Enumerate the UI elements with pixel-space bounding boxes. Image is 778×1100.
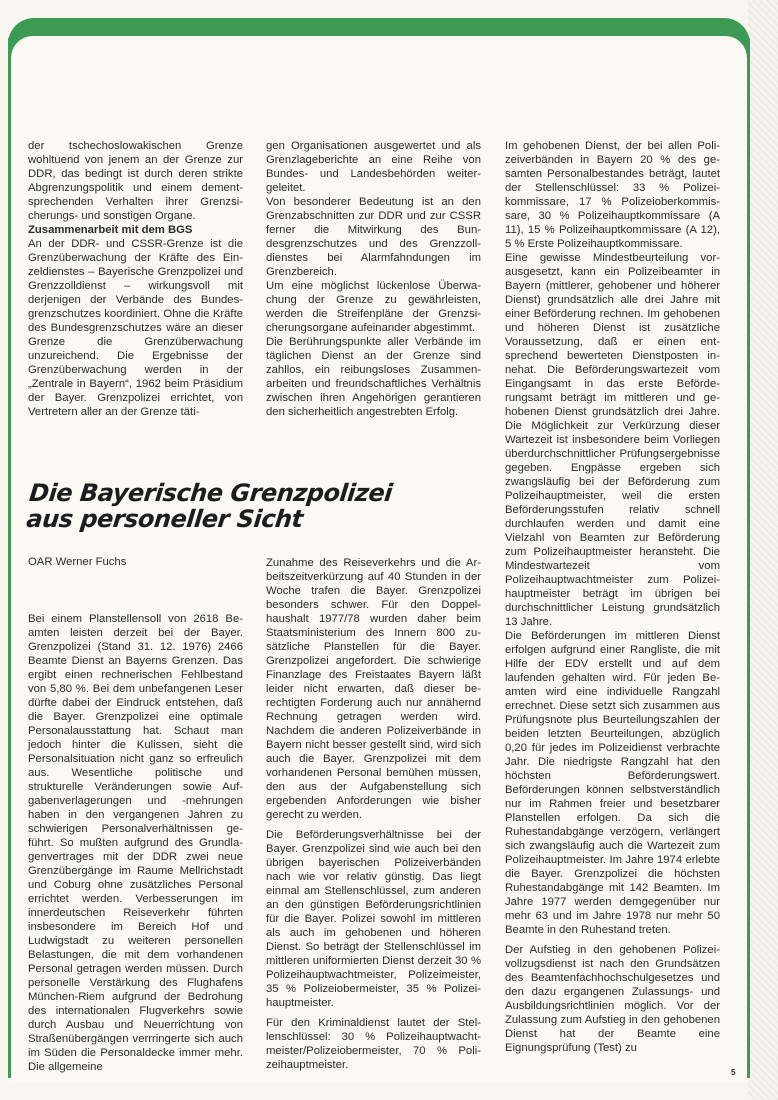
page-edge-texture xyxy=(748,0,778,1100)
article-column-1: Bei einem Planstellensoll von 2618 Be­am… xyxy=(28,612,243,1074)
paragraph: An der DDR- und CSSR-Grenze ist die Gren… xyxy=(28,237,243,419)
paragraph: Bei einem Planstellensoll von 2618 Be­am… xyxy=(28,612,243,1074)
paragraph: Im gehobenen Dienst, der bei allen Poli­… xyxy=(505,139,720,251)
top-column-1: der tschechoslowakischen Grenze wohltuen… xyxy=(28,139,243,419)
frame-right-border xyxy=(747,38,750,1078)
paragraph: Für den Kriminaldienst lautet der Stel­l… xyxy=(266,1016,481,1072)
headline-line-2: aus personeller Sicht xyxy=(25,506,468,532)
paragraph: der tschechoslowakischen Grenze wohltuen… xyxy=(28,139,243,223)
paragraph: Um eine möglichst lückenlose Überwa­chun… xyxy=(266,279,481,335)
paragraph: Die Beförderungen im mittleren Dienst er… xyxy=(505,629,720,937)
frame-left-border xyxy=(8,38,11,1078)
paragraph: Die Berührungspunkte aller Verbände im t… xyxy=(266,335,481,419)
paragraph: Eine gewisse Mindestbeurteilung vor­ausg… xyxy=(505,251,720,629)
article-column-3: Im gehobenen Dienst, der bei allen Poli­… xyxy=(505,139,720,1055)
paragraph: Die Beförderungsverhältnisse bei der Bay… xyxy=(266,828,481,1010)
article-column-2: Zunahme des Reiseverkehrs und die Ar­bei… xyxy=(266,556,481,1072)
paragraph: gen Organisationen ausgewertet und als G… xyxy=(266,139,481,195)
paragraph: Von besonderer Bedeutung ist an den Gren… xyxy=(266,195,481,279)
author-byline: OAR Werner Fuchs xyxy=(28,556,126,568)
page-number: 5 xyxy=(731,1068,735,1077)
paragraph: Zunahme des Reiseverkehrs und die Ar­bei… xyxy=(266,556,481,822)
subheading: Zusammenarbeit mit dem BGS xyxy=(28,223,243,237)
top-column-2: gen Organisationen ausgewertet und als G… xyxy=(266,139,481,419)
headline-line-1: Die Bayerische Grenzpolizei xyxy=(28,480,471,506)
article-headline: Die Bayerische Grenzpolizei aus personel… xyxy=(25,480,470,532)
paragraph: Der Aufstieg in den gehobenen Polizei­vo… xyxy=(505,943,720,1055)
